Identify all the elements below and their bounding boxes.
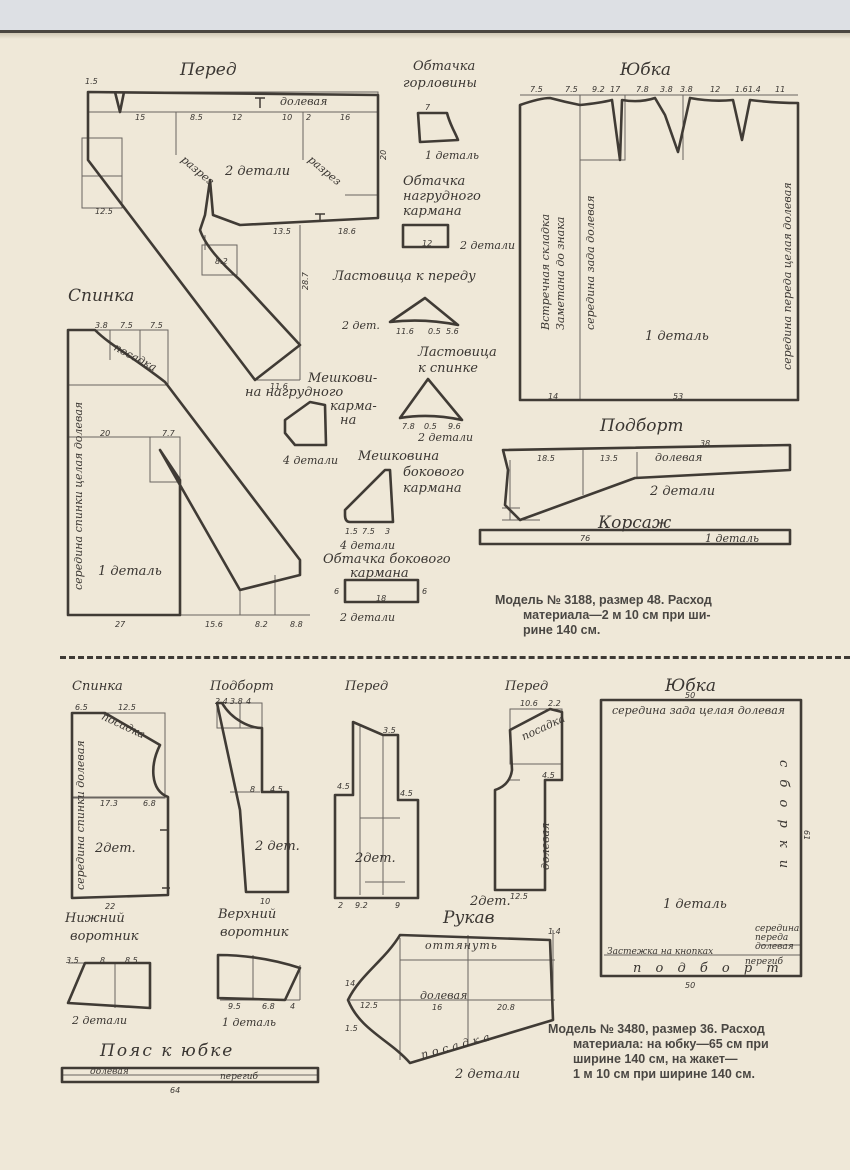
- skirt-measure: 1.6: [735, 86, 748, 94]
- facing-title: Подборт: [600, 418, 683, 435]
- breast-pocket-facing-measure: 12: [422, 240, 432, 248]
- facing-measure: 13.5: [600, 455, 618, 463]
- sleeve-grain: долевая: [420, 990, 467, 1001]
- under-collar-title-2: воротник: [70, 930, 139, 943]
- neck-facing-measure: 7: [425, 104, 430, 112]
- back-title: Спинка: [68, 288, 134, 305]
- b-facing-measure: 10: [260, 898, 270, 906]
- side-pocket-bag-measure: 7.5: [362, 528, 375, 536]
- b-front1-measure: 9: [395, 902, 400, 910]
- facing-pieces: 2 детали: [650, 485, 715, 498]
- b-skirt-top-note: середина зада целая долевая: [612, 705, 785, 716]
- side-pocket-facing-measure: 6: [422, 588, 427, 596]
- gusset-front-title: Ластовица к переду: [333, 270, 476, 283]
- caption-line: рине 140 см.: [495, 623, 712, 638]
- neck-facing-title-2: горловины: [403, 77, 477, 90]
- b-front2-measure: 2.2: [548, 700, 561, 708]
- front-measure: 28.7: [302, 272, 310, 290]
- upper-collar-title-2: воротник: [220, 926, 289, 939]
- b-front1-measure: 9.2: [355, 902, 368, 910]
- b-back-measure: 22: [105, 903, 115, 911]
- front-measure: 15: [135, 114, 145, 122]
- b-skirt-closure: Застежка на кнопках: [607, 948, 713, 957]
- back-measure: 7.5: [150, 322, 163, 330]
- front-measure: 8.5: [190, 114, 203, 122]
- b-facing-pieces: 2 дет.: [255, 840, 300, 853]
- back-measure: 8.8: [290, 621, 303, 629]
- gusset-front-measure: 0.5: [428, 328, 441, 336]
- bodice-pieces: 1 деталь: [705, 533, 759, 544]
- skirt-measure: 1.4: [748, 86, 761, 94]
- breast-pocket-bag-title-4: на: [340, 414, 356, 427]
- breast-pocket-facing-pieces: 2 детали: [460, 240, 515, 251]
- upper-collar-measure: 6.8: [262, 1003, 275, 1011]
- skirt-belt-measure: 64: [170, 1087, 180, 1095]
- sleeve-measure: 14: [345, 980, 355, 988]
- b-front2-measure: 4.5: [542, 772, 555, 780]
- skirt-title: Юбка: [620, 62, 671, 79]
- front-measure: 1.5: [85, 78, 98, 86]
- b-front2-title: Перед: [505, 680, 548, 693]
- section-divider: [60, 656, 850, 659]
- front-pieces-label: 2 детали: [225, 165, 290, 178]
- sleeve-measure: 20.8: [497, 1004, 515, 1012]
- front-measure: 20: [380, 150, 388, 160]
- b-front1-pieces: 2дет.: [355, 852, 396, 865]
- skirt-measure: 11: [775, 86, 785, 94]
- facing-measure: 38: [700, 440, 710, 448]
- caption-line: ширине 140 см, на жакет—: [548, 1052, 769, 1067]
- b-back-measure: 6.8: [143, 800, 156, 808]
- upper-collar-pieces: 1 деталь: [222, 1017, 276, 1028]
- sleeve-measure: 1.5: [345, 1025, 358, 1033]
- skirt-measure: 14: [548, 393, 558, 401]
- sleeve-stretch: оттянуть: [425, 940, 498, 951]
- front-measure: 18.6: [338, 228, 356, 236]
- skirt-measure: 12: [710, 86, 720, 94]
- under-collar-pieces: 2 детали: [72, 1015, 127, 1026]
- back-measure: 7.5: [120, 322, 133, 330]
- neck-facing-pieces: 1 деталь: [425, 150, 479, 161]
- sleeve-title: Рукав: [443, 910, 494, 927]
- b-facing-measure: 2.4: [215, 698, 228, 706]
- front-measure: 12.5: [95, 208, 113, 216]
- skirt-measure: 17: [610, 86, 620, 94]
- skirt-measure: 7.5: [530, 86, 543, 94]
- skirt-back-center: середина зада долевая: [585, 195, 596, 330]
- skirt-measure: 3.8: [680, 86, 693, 94]
- side-pocket-bag-title-1: Мешковина: [358, 450, 439, 463]
- caption-line: 1 м 10 см при ширине 140 см.: [548, 1067, 769, 1082]
- b-front2-grain: долевая: [540, 823, 551, 870]
- b-front1-measure: 3.5: [383, 727, 396, 735]
- front-measure: 16: [340, 114, 350, 122]
- front-measure: 12: [232, 114, 242, 122]
- skirt-belt-title: Пояс к юбке: [100, 1043, 234, 1060]
- side-pocket-bag-title-2: бокового: [403, 466, 464, 479]
- sleeve-measure: 1.4: [548, 928, 561, 936]
- front-title: Перед: [180, 62, 237, 79]
- under-collar-measure: 8.5: [125, 957, 138, 965]
- model-3480-caption: Модель № 3480, размер 36. Расход материа…: [548, 1022, 769, 1082]
- b-skirt-measure: 61: [802, 830, 810, 840]
- b-facing-measure: 4.5: [270, 786, 283, 794]
- b-front1-measure: 2: [338, 902, 343, 910]
- skirt-measure: 7.8: [636, 86, 649, 94]
- side-pocket-facing-measure: 18: [376, 595, 386, 603]
- gusset-front-measure: 5.6: [446, 328, 459, 336]
- skirt-measure: 9.2: [592, 86, 605, 94]
- side-pocket-facing-title-1: Обтачка бокового: [323, 553, 451, 566]
- gusset-back-title-2: к спинке: [418, 362, 478, 375]
- skirt-pieces: 1 деталь: [645, 330, 709, 343]
- skirt-belt-fold: перегиб: [220, 1073, 258, 1082]
- front-measure: 8.2: [215, 258, 228, 266]
- b-back-title: Спинка: [72, 680, 123, 693]
- facing-grain: долевая: [655, 452, 702, 463]
- side-pocket-bag-measure: 3: [385, 528, 390, 536]
- front-measure: 13.5: [273, 228, 291, 236]
- caption-line: Модель № 3188, размер 48. Расход: [495, 593, 712, 607]
- b-skirt-gather: с б о р к и: [777, 760, 790, 872]
- side-pocket-facing-measure: 6: [334, 588, 339, 596]
- skirt-measure: 3.8: [660, 86, 673, 94]
- b-facing-title: Подборт: [210, 680, 274, 693]
- skirt-fold-note-2: Заметана до знака: [555, 217, 566, 330]
- b-back-measure: 17.3: [100, 800, 118, 808]
- bodice-measure: 76: [580, 535, 590, 543]
- front-measure: 10: [282, 114, 292, 122]
- gusset-back-measure: 7.8: [402, 423, 415, 431]
- b-facing-measure: 3.8: [230, 698, 243, 706]
- back-pieces: 1 деталь: [98, 565, 162, 578]
- side-pocket-bag-measure: 1.5: [345, 528, 358, 536]
- under-collar-measure: 3.5: [66, 957, 79, 965]
- breast-pocket-facing-title-2: нагрудного: [403, 190, 481, 203]
- b-front2-measure: 12.5: [510, 893, 528, 901]
- caption-line: Модель № 3480, размер 36. Расход: [548, 1022, 765, 1036]
- gusset-front-pieces: 2 дет.: [342, 320, 380, 331]
- skirt-measure: 7.5: [565, 86, 578, 94]
- breast-pocket-bag-pieces: 4 детали: [283, 455, 338, 466]
- gusset-back-pieces: 2 детали: [418, 432, 473, 443]
- sleeve-pieces: 2 детали: [455, 1068, 520, 1081]
- side-pocket-bag-pieces: 4 детали: [340, 540, 395, 551]
- b-front2-pieces: 2дет.: [470, 895, 511, 908]
- sleeve-measure: 12.5: [360, 1002, 378, 1010]
- b-skirt-measure: 50: [685, 692, 695, 700]
- b-facing-measure: 8: [250, 786, 255, 794]
- gusset-back-measure: 0.5: [424, 423, 437, 431]
- model-3188-caption: Модель № 3188, размер 48. Расход материа…: [495, 593, 712, 638]
- front-outline: [88, 92, 378, 380]
- b-skirt-pieces: 1 деталь: [663, 898, 727, 911]
- b-skirt-measure: 50: [685, 982, 695, 990]
- skirt-front-center: середина переда целая долевая: [782, 182, 793, 370]
- upper-collar-title-1: Верхний: [218, 908, 276, 921]
- breast-pocket-facing-title-1: Обтачка: [403, 175, 465, 188]
- caption-line: материала: на юбку—65 см при: [548, 1037, 769, 1052]
- bodice-title: Корсаж: [598, 515, 671, 532]
- b-skirt-front-note-3: долевая: [755, 943, 794, 952]
- side-pocket-facing-title-2: кармана: [350, 567, 409, 580]
- under-collar-measure: 8: [100, 957, 105, 965]
- breast-pocket-bag-title-3: карма-: [330, 400, 377, 413]
- skirt-belt-grain: долевая: [90, 1068, 129, 1077]
- back-measure: 7.7: [162, 430, 175, 438]
- back-measure: 8.2: [255, 621, 268, 629]
- gusset-back-measure: 9.6: [448, 423, 461, 431]
- breast-pocket-bag-title-1: Мешкови-: [308, 372, 377, 385]
- front-measure: 2: [306, 114, 311, 122]
- b-facing-measure: 4: [246, 698, 251, 706]
- b-front1-title: Перед: [345, 680, 388, 693]
- side-pocket-facing-pieces: 2 детали: [340, 612, 395, 623]
- b-back-measure: 12.5: [118, 704, 136, 712]
- sleeve-measure: 16: [432, 1004, 442, 1012]
- gusset-front-measure: 11.6: [396, 328, 414, 336]
- b-front1-measure: 4.5: [400, 790, 413, 798]
- skirt-fold-note-1: Встречная складка: [540, 214, 551, 330]
- b-skirt-facing: п о д б о р т: [633, 962, 784, 975]
- b-back-pieces: 2дет.: [95, 842, 136, 855]
- b-front1-measure: 4.5: [337, 783, 350, 791]
- front-grain-label: долевая: [280, 96, 327, 107]
- side-pocket-bag-title-3: кармана: [403, 482, 462, 495]
- upper-collar-measure: 4: [290, 1003, 295, 1011]
- skirt-measure: 53: [673, 393, 683, 401]
- under-collar-title-1: Нижний: [65, 912, 125, 925]
- back-measure: 15.6: [205, 621, 223, 629]
- b-front2-measure: 10.6: [520, 700, 538, 708]
- b-back-note: середина спинки долевая: [75, 740, 86, 890]
- breast-pocket-bag-title-2: на нагрудного: [245, 386, 343, 399]
- facing-measure: 18.5: [537, 455, 555, 463]
- breast-pocket-facing-title-3: кармана: [403, 205, 462, 218]
- back-note: середина спинки целая долевая: [73, 402, 84, 590]
- back-measure: 27: [115, 621, 125, 629]
- back-measure: 3.8: [95, 322, 108, 330]
- upper-collar-measure: 9.5: [228, 1003, 241, 1011]
- caption-line: материала—2 м 10 см при ши-: [495, 608, 712, 623]
- back-measure: 20: [100, 430, 110, 438]
- neck-facing-title-1: Обтачка: [413, 60, 475, 73]
- gusset-back-title-1: Ластовица: [418, 346, 497, 359]
- b-back-measure: 6.5: [75, 704, 88, 712]
